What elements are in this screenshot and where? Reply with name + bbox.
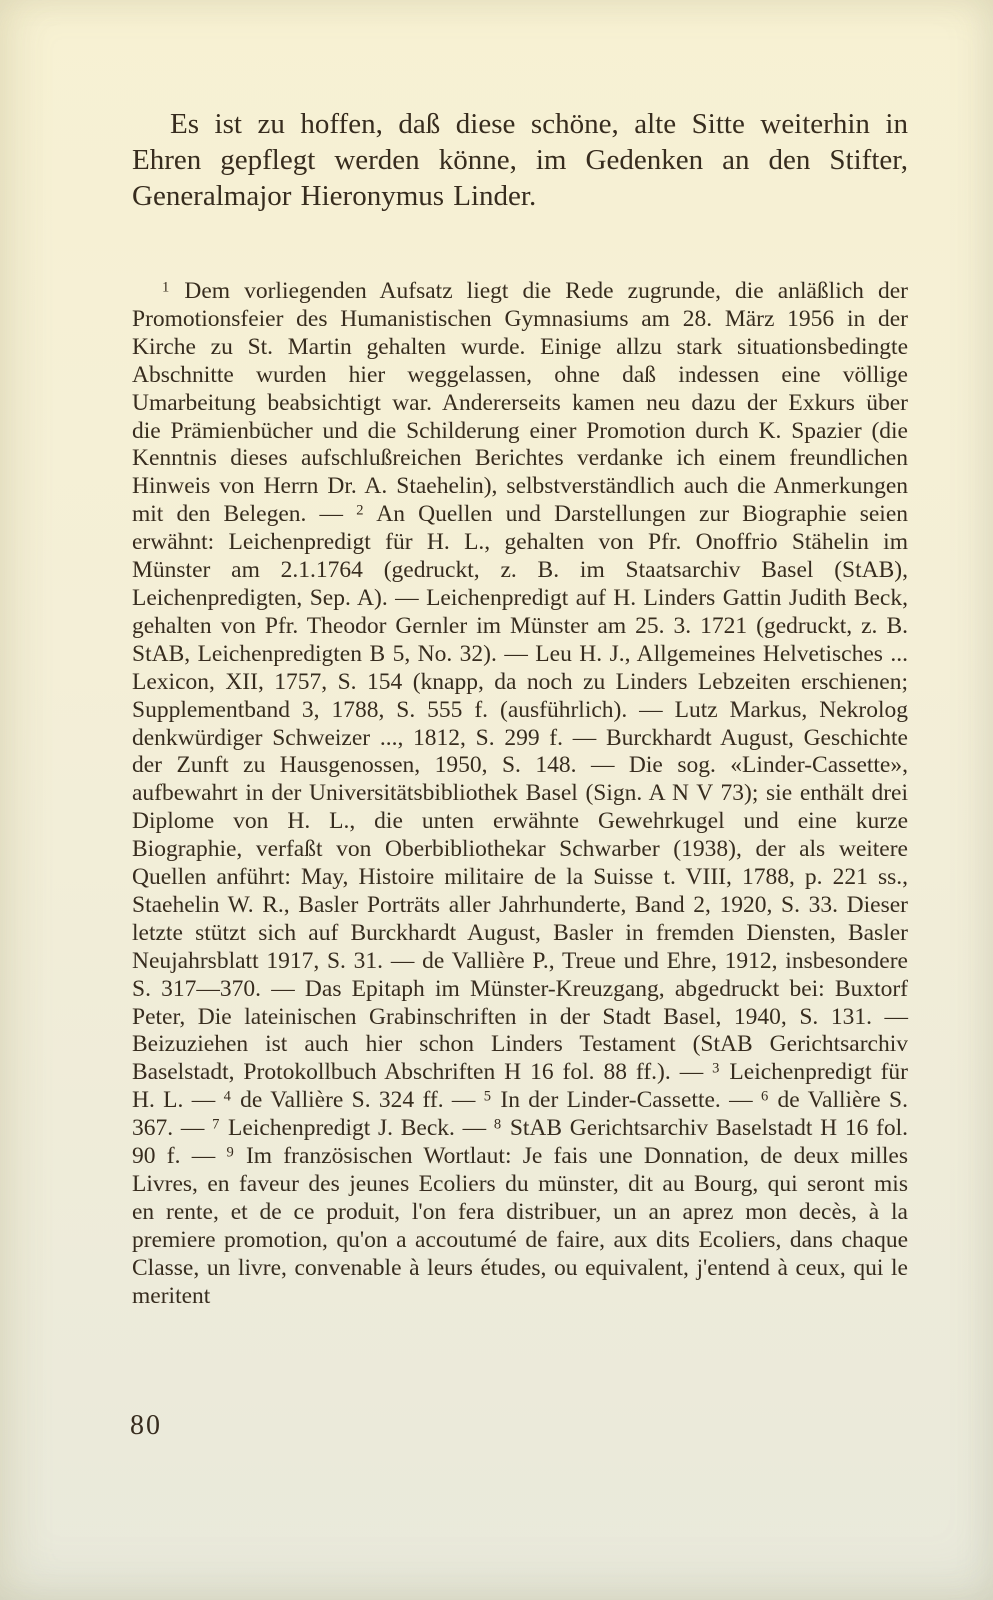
footnote-marker: 8 (494, 1117, 502, 1133)
footnote-marker: 5 (484, 1089, 492, 1105)
footnote-marker: 6 (761, 1089, 769, 1105)
footnote-marker: 1 (162, 279, 170, 295)
footnote-text: 1 Dem vorliegenden Aufsatz liegt die Red… (132, 278, 908, 1311)
book-page: Es ist zu hoffen, daß diese schöne, alte… (0, 0, 993, 1600)
footnote-marker: 9 (226, 1145, 234, 1161)
footnote-marker: 3 (712, 1061, 720, 1077)
footnote-marker: 2 (356, 503, 364, 519)
footnote-marker: 7 (212, 1117, 220, 1133)
footnote-marker: 4 (224, 1089, 232, 1105)
page-number: 80 (130, 1410, 162, 1442)
intro-paragraph: Es ist zu hoffen, daß diese schöne, alte… (132, 106, 908, 214)
text-block: Es ist zu hoffen, daß diese schöne, alte… (132, 106, 908, 1311)
